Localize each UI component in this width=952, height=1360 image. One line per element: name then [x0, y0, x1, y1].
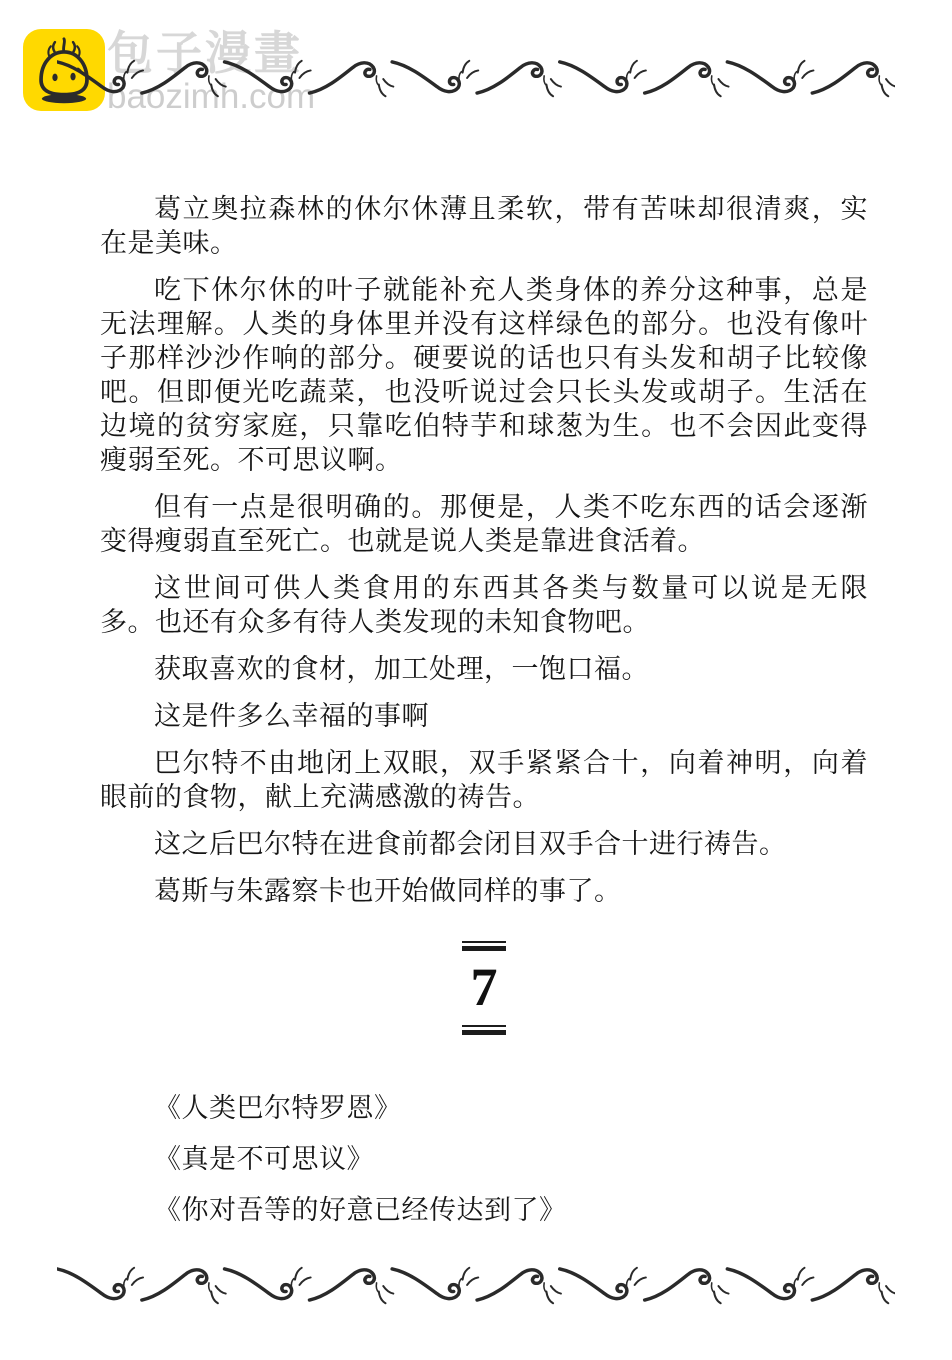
- novel-text-content: 葛立奥拉森林的休尔休薄且柔软，带有苦味却很清爽，实在是美味。 吃下休尔休的叶子就…: [100, 192, 868, 1244]
- quote-line: 《真是不可思议》: [100, 1142, 868, 1176]
- paragraph: 这世间可供人类食用的东西其各类与数量可以说是无限多。也还有众多有待人类发现的未知…: [100, 571, 868, 639]
- ornament-divider-top: [57, 49, 895, 107]
- paragraph: 这之后巴尔特在进食前都会闭目双手合十进行祷告。: [100, 827, 868, 861]
- chapter-heading: 7: [100, 941, 868, 1035]
- ornament-divider-bottom: [57, 1256, 895, 1314]
- paragraph: 葛立奥拉森林的休尔休薄且柔软，带有苦味却很清爽，实在是美味。: [100, 192, 868, 260]
- quote-line: 《人类巴尔特罗恩》: [100, 1091, 868, 1125]
- paragraph: 这是件多么幸福的事啊: [100, 699, 868, 733]
- chapter-rule-bottom: [462, 1025, 506, 1035]
- paragraph: 吃下休尔休的叶子就能补充人类身体的养分这种事，总是无法理解。人类的身体里并没有这…: [100, 273, 868, 477]
- novel-reader-page: 包子漫畫 baozimh.com 葛立奥拉森林的休尔休薄且柔软，带有苦味却很清爽…: [0, 0, 952, 1360]
- paragraph: 巴尔特不由地闭上双眼，双手紧紧合十，向着神明，向着眼前的食物，献上充满感激的祷告…: [100, 746, 868, 814]
- paragraph: 葛斯与朱露察卡也开始做同样的事了。: [100, 874, 868, 908]
- paragraph: 获取喜欢的食材，加工处理，一饱口福。: [100, 652, 868, 686]
- dialogue-quotes: 《人类巴尔特罗恩》 《真是不可思议》 《你对吾等的好意已经传达到了》: [100, 1091, 868, 1227]
- paragraph: 但有一点是很明确的。那便是，人类不吃东西的话会逐渐变得瘦弱直至死亡。也就是说人类…: [100, 490, 868, 558]
- chapter-rule-top: [462, 941, 506, 951]
- quote-line: 《你对吾等的好意已经传达到了》: [100, 1193, 868, 1227]
- chapter-number: 7: [100, 951, 868, 1025]
